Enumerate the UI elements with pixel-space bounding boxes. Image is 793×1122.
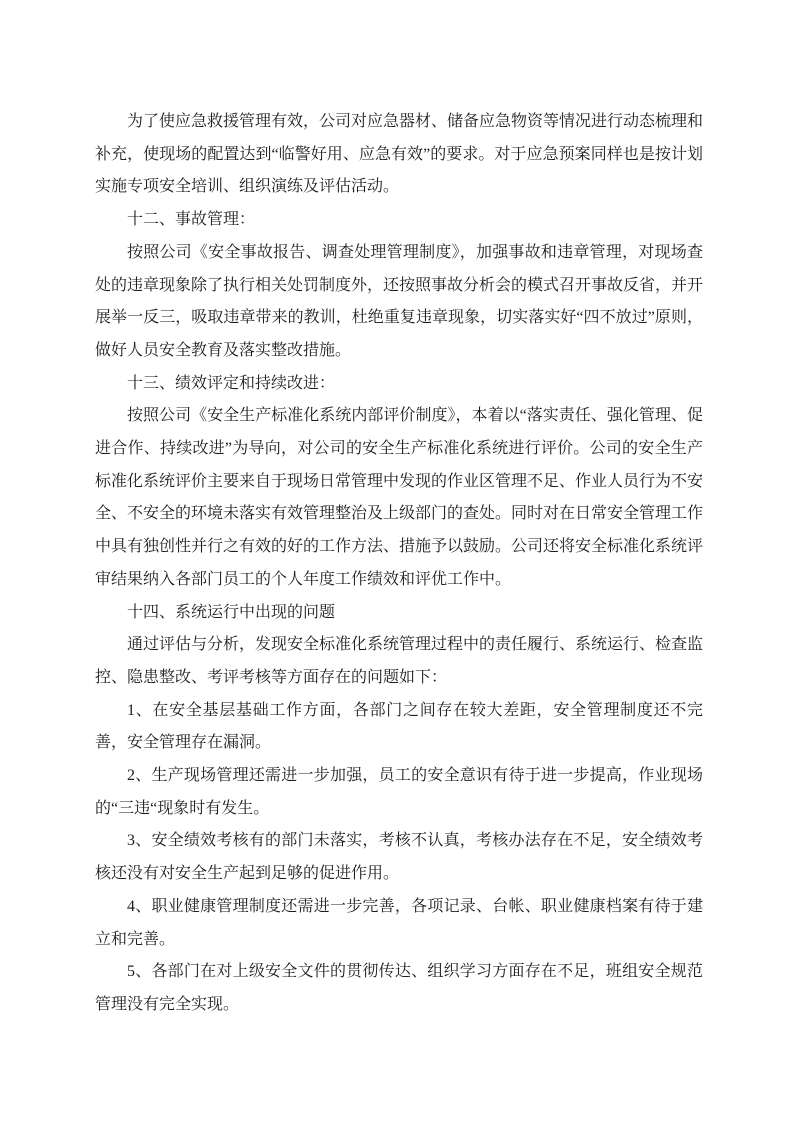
list-item-problem-1: 1、在安全基层基础工作方面，各部门之间存在较大差距，安全管理制度还不完善，安全管… (95, 695, 703, 760)
list-item-problem-5: 5、各部门在对上级安全文件的贯彻传达、组织学习方面存在不足，班组安全规范管理没有… (95, 956, 703, 1021)
document-page: 为了使应急救援管理有效，公司对应急器材、储备应急物资等情况进行动态梳理和补充，使… (0, 0, 793, 1122)
list-item-problem-2: 2、生产现场管理还需进一步加强，员工的安全意识有待于进一步提高，作业现场的“三违… (95, 760, 703, 825)
list-item-problem-4: 4、职业健康管理制度还需进一步完善，各项记录、台帐、职业健康档案有待于建立和完善… (95, 891, 703, 956)
paragraph-problems-intro: 通过评估与分析，发现安全标准化系统管理过程中的责任履行、系统运行、检查监控、隐患… (95, 629, 703, 694)
heading-section-14-system-problems: 十四、系统运行中出现的问题 (95, 597, 703, 630)
heading-section-13-performance-evaluation: 十三、绩效评定和持续改进： (95, 368, 703, 401)
paragraph-emergency-response: 为了使应急救援管理有效，公司对应急器材、储备应急物资等情况进行动态梳理和补充，使… (95, 106, 703, 204)
document-body: 为了使应急救援管理有效，公司对应急器材、储备应急物资等情况进行动态梳理和补充，使… (95, 106, 703, 1022)
list-item-problem-3: 3、安全绩效考核有的部门未落实，考核不认真，考核办法存在不足，安全绩效考核还没有… (95, 825, 703, 890)
paragraph-accident-management: 按照公司《安全事故报告、调查处理管理制度》，加强事故和违章管理，对现场查处的违章… (95, 237, 703, 368)
paragraph-performance-evaluation: 按照公司《安全生产标准化系统内部评价制度》，本着以“落实责任、强化管理、促进合作… (95, 400, 703, 596)
heading-section-12-accident-management: 十二、事故管理： (95, 204, 703, 237)
